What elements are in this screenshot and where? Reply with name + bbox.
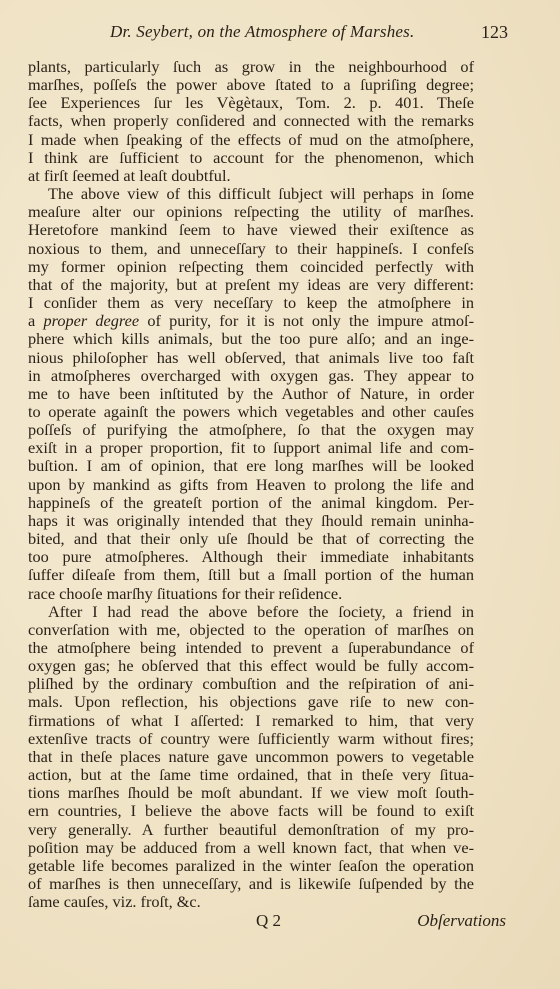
text-line: bited, and that their only uſe ſhould be… <box>28 530 474 548</box>
text-line: in atmoſpheres overcharged with oxygen g… <box>28 367 474 385</box>
text-line: I think are ſufficient to account for th… <box>28 149 474 167</box>
text-line: mals. Upon reflection, his objections ga… <box>28 693 474 711</box>
text-line: happineſs of the greateſt portion of the… <box>28 494 474 512</box>
text-line: tions marſhes ſhould be moſt abundant. I… <box>28 784 474 802</box>
text-line: nious philoſopher has well obſerved, tha… <box>28 349 474 367</box>
text-line: firmations of what I aſſerted: I remarke… <box>28 712 474 730</box>
catchword: Obſervations <box>417 911 506 931</box>
text-line: phere which kills animals, but the too p… <box>28 330 474 348</box>
text-line: converſation with me, objected to the op… <box>28 621 474 639</box>
text-line: me to have been inſtituted by the Author… <box>28 385 474 403</box>
book-page: Dr. Seybert, on the Atmosphere of Marshe… <box>0 0 560 989</box>
text-line: the atmoſphere being intended to prevent… <box>28 639 474 657</box>
text-line: marſhes, poſſeſs the power above ſtated … <box>28 76 474 94</box>
text-line: poſſeſs of purifying the atmoſphere, ſo … <box>28 421 474 439</box>
text-line: at firſt ſeemed at leaſt doubtful. <box>28 167 474 185</box>
text-line: action, but at the ſame time ordained, t… <box>28 766 474 784</box>
text-line: ſee Experiences ſur les Vègètaux, Tom. 2… <box>28 94 474 112</box>
text-line: that in theſe places nature gave uncommo… <box>28 748 474 766</box>
text-line: that of the majority, but at preſent my … <box>28 276 474 294</box>
text-line: facts, when properly conſidered and conn… <box>28 112 474 130</box>
running-head: Dr. Seybert, on the Atmosphere of Marshe… <box>28 20 508 46</box>
text-line: noxious to them, and unneceſſary to thei… <box>28 240 474 258</box>
page-footer: Q 2 Obſervations <box>28 911 506 935</box>
page-number: 123 <box>481 22 508 43</box>
text-line: I conſider them as very neceſſary to kee… <box>28 294 474 312</box>
text-line: plants, particularly ſuch as grow in the… <box>28 58 474 76</box>
italic-phrase: proper degree <box>43 311 139 330</box>
text-line: to operate againſt the powers which vege… <box>28 403 474 421</box>
body-text: plants, particularly ſuch as grow in the… <box>28 58 474 911</box>
text-line: of marſhes is then unneceſſary, and is l… <box>28 875 474 893</box>
text-line: haps it was originally intended that the… <box>28 512 474 530</box>
text-line: exiſt in a proper proportion, fit to ſup… <box>28 439 474 457</box>
text-line: oxygen gas; he obſerved that this effect… <box>28 657 474 675</box>
running-title: Dr. Seybert, on the Atmosphere of Marshe… <box>110 22 414 42</box>
text-line: Heretofore mankind ſeem to have viewed t… <box>28 221 474 239</box>
text-line: pliſhed by the ordinary combuſtion and t… <box>28 675 474 693</box>
text-line: meaſure alter our opinions reſpecting th… <box>28 203 474 221</box>
text-line: ern countries, I believe the above facts… <box>28 802 474 820</box>
text-line: I made when ſpeaking of the effects of m… <box>28 131 474 149</box>
text-line: The above view of this difficult ſubject… <box>28 185 474 203</box>
text-line: my former opinion reſpecting them coinci… <box>28 258 474 276</box>
text-line: a proper degree of purity, for it is not… <box>28 312 474 330</box>
text-line: buſtion. I am of opinion, that ere long … <box>28 457 474 475</box>
text-line: upon by mankind as gifts from Heaven to … <box>28 476 474 494</box>
text-line: extenſive tracts of country were ſuffici… <box>28 730 474 748</box>
text-line: poſition may be adduced from a well know… <box>28 839 474 857</box>
signature-mark: Q 2 <box>256 911 281 931</box>
text-line: very generally. A further beautiful demo… <box>28 821 474 839</box>
text-line: ſuffer diſeaſe from them, ſtill but a ſm… <box>28 566 474 584</box>
text-line: too pure atmoſpheres. Although their imm… <box>28 548 474 566</box>
text-line: After I had read the above before the ſo… <box>28 603 474 621</box>
text-line: ſame cauſes, viz. froſt, &c. <box>28 893 474 911</box>
text-line: race chooſe marſhy ſituations for their … <box>28 585 474 603</box>
text-line: getable life becomes paralized in the wi… <box>28 857 474 875</box>
